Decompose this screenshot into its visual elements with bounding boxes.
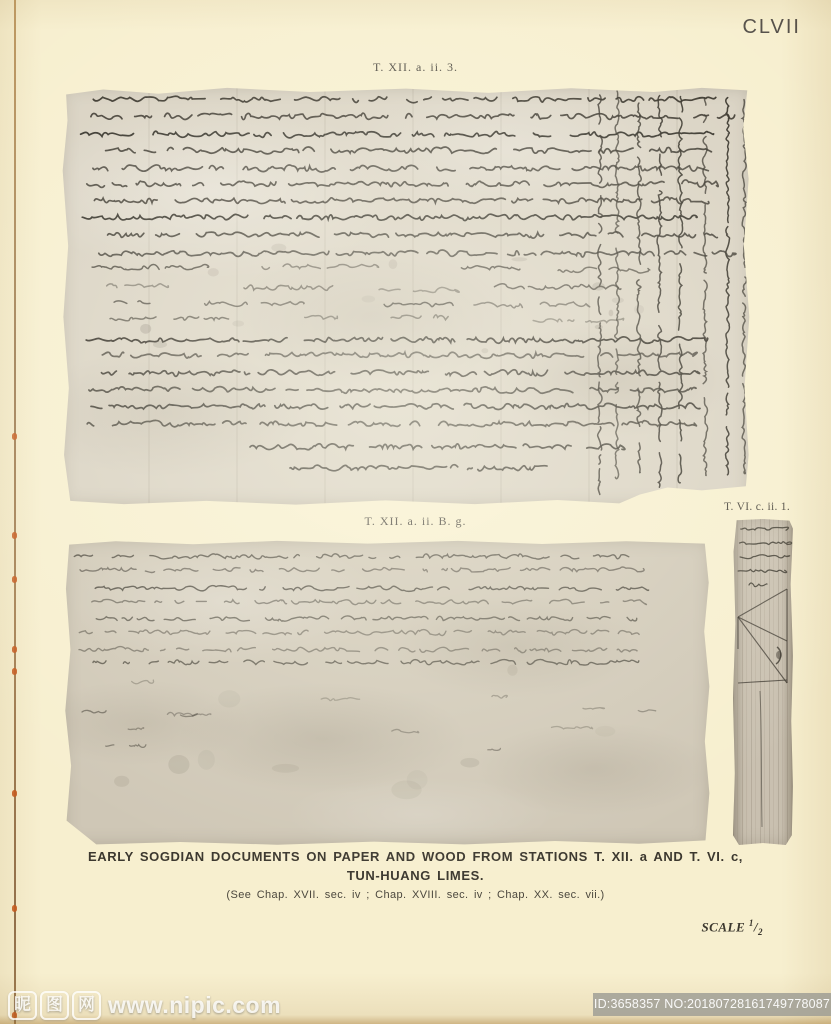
gutter-mark [12, 905, 17, 912]
manuscript-photo-bottom [64, 540, 710, 845]
gutter-mark [12, 646, 17, 653]
scale-denominator: 2 [758, 927, 763, 937]
handwriting-texture [62, 87, 750, 505]
handwriting-texture [733, 519, 793, 845]
nipic-logo-icon: 昵图网 [8, 991, 101, 1020]
watermark-nipic: 昵图网 www.nipic.com [8, 991, 281, 1020]
nipic-logo-char: 昵 [8, 991, 37, 1020]
page-number: CLVII [742, 16, 801, 39]
nipic-logo-char: 网 [72, 991, 101, 1020]
nipic-logo-char: 图 [40, 991, 69, 1020]
book-plate-page: CLVII T. XII. a. ii. 3. T. XII. a. ii. B… [0, 0, 831, 1024]
plate-title-line1: EARLY SOGDIAN DOCUMENTS ON PAPER AND WOO… [0, 847, 831, 866]
figure-caption-top: T. XII. a. ii. 3. [0, 60, 831, 75]
gutter-mark [12, 790, 17, 797]
gutter-mark [12, 532, 17, 539]
gutter-mark [12, 576, 17, 583]
manuscript-photo-top [62, 87, 750, 505]
figure-caption-woodslip: T. VI. c. ii. 1. [724, 501, 831, 513]
watermark-site-text: www.nipic.com [108, 992, 281, 1019]
figure-caption-middle: T. XII. a. ii. B. g. [0, 514, 831, 529]
wood-slip-photo [733, 519, 793, 845]
plate-title-line2: TUN-HUANG LIMES. [0, 866, 831, 885]
watermark-id-bar: ID:3658357 NO:20180728161749778087 [593, 993, 831, 1016]
gutter-mark [12, 433, 17, 440]
plate-reference: (See Chap. XVII. sec. iv ; Chap. XVIII. … [0, 889, 831, 901]
gutter-mark [12, 668, 17, 675]
plate-title: EARLY SOGDIAN DOCUMENTS ON PAPER AND WOO… [0, 847, 831, 885]
handwriting-texture [64, 540, 710, 845]
scale-note: SCALE 1/2 [701, 918, 763, 937]
scale-label: SCALE [701, 919, 745, 934]
